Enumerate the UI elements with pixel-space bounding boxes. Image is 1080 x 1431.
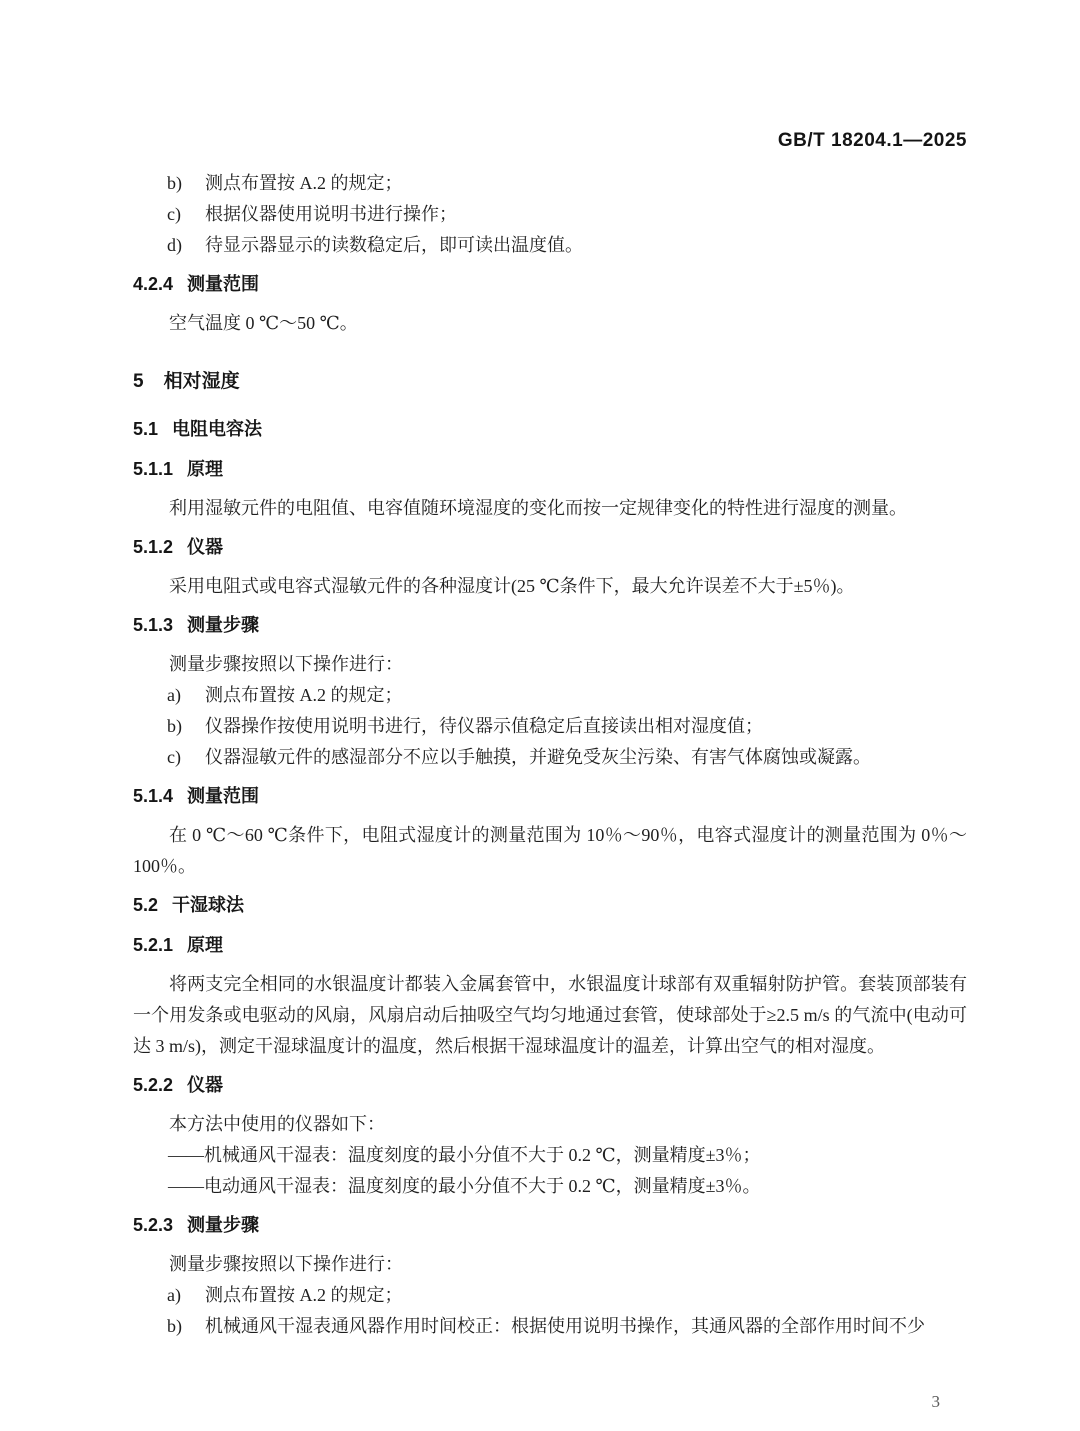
list-text: 仪器湿敏元件的感湿部分不应以手触摸，并避免受灰尘污染、有害气体腐蚀或凝露。 (205, 747, 871, 767)
paragraph: 空气温度 0 ℃～50 ℃。 (133, 308, 967, 339)
section-heading: 5.2.3测量步骤 (133, 1209, 967, 1241)
list-text: 测点布置按 A.2 的规定； (205, 685, 403, 705)
chapter-number: 5 (133, 371, 144, 392)
section-title: 原理 (187, 459, 223, 479)
section-number: 5.1.2 (133, 537, 173, 557)
list-text: 仪器操作按使用说明书进行，待仪器示值稳定后直接读出相对湿度值； (205, 716, 763, 736)
paragraph: 本方法中使用的仪器如下： (133, 1109, 967, 1140)
dash-list-item: ——电动通风干湿表：温度刻度的最小分值不大于 0.2 ℃，测量精度±3％。 (168, 1171, 967, 1202)
section-number: 5.2.3 (133, 1215, 173, 1235)
document-page: GB/T 18204.1—2025 b) 测点布置按 A.2 的规定； c) 根… (0, 0, 1080, 1431)
chapter-heading: 5相对湿度 (133, 366, 967, 398)
list-marker: d) (167, 230, 182, 261)
section-title: 原理 (187, 935, 223, 955)
section-number: 5.2 (133, 895, 158, 915)
list-item: d) 待显示器显示的读数稳定后，即可读出温度值。 (133, 230, 967, 261)
section-number: 5.2.1 (133, 935, 173, 955)
list-marker: b) (167, 1311, 182, 1342)
list-item: b) 测点布置按 A.2 的规定； (133, 168, 967, 199)
section-number: 5.1.3 (133, 615, 173, 635)
standard-number: GB/T 18204.1—2025 (133, 128, 967, 154)
section-heading: 5.1.2仪器 (133, 531, 967, 563)
list-text: 待显示器显示的读数稳定后，即可读出温度值。 (205, 235, 583, 255)
list-marker: c) (167, 199, 181, 230)
section-number: 5.1 (133, 419, 158, 439)
page-number: 3 (932, 1392, 941, 1412)
list-marker: b) (167, 711, 182, 742)
section-title: 测量步骤 (187, 1215, 259, 1235)
section-heading: 5.1.1原理 (133, 453, 967, 485)
section-title: 仪器 (187, 537, 223, 557)
paragraph: 采用电阻式或电容式湿敏元件的各种湿度计(25 ℃条件下，最大允许误差不大于±5％… (133, 571, 967, 602)
paragraph: 测量步骤按照以下操作进行： (133, 649, 967, 680)
section-heading: 5.2.2仪器 (133, 1069, 967, 1101)
list-text: 测点布置按 A.2 的规定； (205, 1285, 403, 1305)
section-heading: 4.2.4测量范围 (133, 268, 967, 300)
list-text: 机械通风干湿表通风器作用时间校正：根据使用说明书操作，其通风器的全部作用时间不少 (205, 1316, 925, 1336)
section-title: 测量步骤 (187, 615, 259, 635)
list-item: c) 根据仪器使用说明书进行操作； (133, 199, 967, 230)
section-heading: 5.1.4测量范围 (133, 780, 967, 812)
list-item: b) 机械通风干湿表通风器作用时间校正：根据使用说明书操作，其通风器的全部作用时… (133, 1311, 967, 1342)
chapter-title: 相对湿度 (164, 371, 240, 392)
list-item: b) 仪器操作按使用说明书进行，待仪器示值稳定后直接读出相对湿度值； (133, 711, 967, 742)
section-title: 仪器 (187, 1075, 223, 1095)
list-item: a) 测点布置按 A.2 的规定； (133, 1280, 967, 1311)
paragraph: 将两支完全相同的水银温度计都装入金属套管中，水银温度计球部有双重辐射防护管。套装… (133, 969, 967, 1062)
paragraph: 利用湿敏元件的电阻值、电容值随环境湿度的变化而按一定规律变化的特性进行湿度的测量… (133, 493, 967, 524)
section-heading: 5.2干湿球法 (133, 889, 967, 921)
list-text: 根据仪器使用说明书进行操作； (205, 204, 457, 224)
section-title: 测量范围 (187, 786, 259, 806)
list-item: c) 仪器湿敏元件的感湿部分不应以手触摸，并避免受灰尘污染、有害气体腐蚀或凝露。 (133, 742, 967, 773)
list-marker: a) (167, 1280, 181, 1311)
section-title: 电阻电容法 (172, 419, 262, 439)
section-heading: 5.2.1原理 (133, 929, 967, 961)
list-marker: b) (167, 168, 182, 199)
section-number: 5.1.1 (133, 459, 173, 479)
section-title: 干湿球法 (172, 895, 244, 915)
list-marker: a) (167, 680, 181, 711)
section-number: 4.2.4 (133, 274, 173, 294)
section-heading: 5.1电阻电容法 (133, 413, 967, 445)
list-marker: c) (167, 742, 181, 773)
paragraph: 在 0 ℃～60 ℃条件下，电阻式湿度计的测量范围为 10％～90％，电容式湿度… (133, 820, 967, 882)
list-text: 测点布置按 A.2 的规定； (205, 173, 403, 193)
section-title: 测量范围 (187, 274, 259, 294)
section-number: 5.2.2 (133, 1075, 173, 1095)
section-heading: 5.1.3测量步骤 (133, 609, 967, 641)
paragraph: 测量步骤按照以下操作进行： (133, 1249, 967, 1280)
dash-list-item: ——机械通风干湿表：温度刻度的最小分值不大于 0.2 ℃，测量精度±3％； (168, 1140, 967, 1171)
list-item: a) 测点布置按 A.2 的规定； (133, 680, 967, 711)
document-body: b) 测点布置按 A.2 的规定； c) 根据仪器使用说明书进行操作； d) 待… (133, 168, 967, 1342)
section-number: 5.1.4 (133, 786, 173, 806)
